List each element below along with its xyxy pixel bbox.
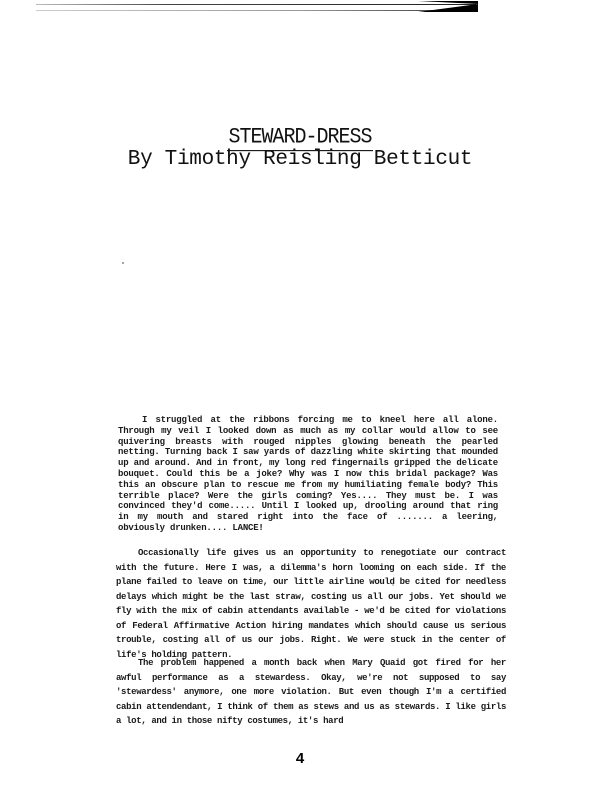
scan-wedge: [418, 1, 478, 12]
page-number: 4: [0, 750, 600, 767]
scan-speck: [122, 262, 124, 264]
scan-line: [36, 10, 476, 11]
scan-edge-artifact: [0, 0, 600, 14]
body-paragraph: Occasionally life gives us an opportunit…: [116, 546, 506, 662]
opening-excerpt: I struggled at the ribbons forcing me to…: [118, 415, 498, 534]
body-paragraph: The problem happened a month back when M…: [116, 656, 506, 729]
document-title: STEWARD-DRESS: [0, 127, 600, 150]
document-byline: By Timothy Reisling Betticut: [0, 148, 600, 172]
scan-speck: [392, 584, 394, 586]
scan-line: [36, 4, 476, 5]
